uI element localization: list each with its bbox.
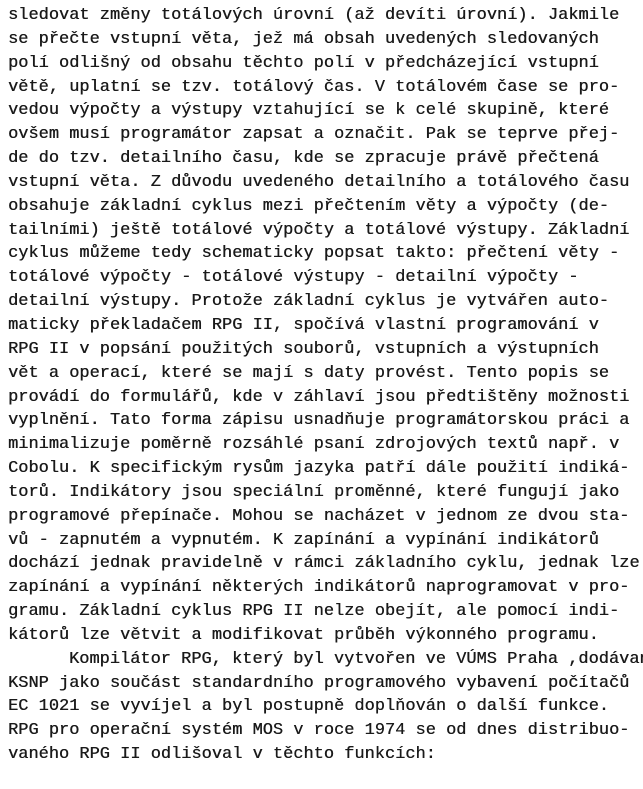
text-line: torů. Indikátory jsou speciální proměnné…: [8, 481, 638, 505]
text-line: programové přepínače. Mohou se nacházet …: [8, 505, 638, 529]
document-page: sledovat změny totálových úrovní (až dev…: [8, 4, 638, 767]
text-line: maticky překladačem RPG II, spočívá vlas…: [8, 314, 638, 338]
text-line: totálové výpočty - totálové výstupy - de…: [8, 266, 638, 290]
text-line: RPG II v popsání použitých souborů, vstu…: [8, 338, 638, 362]
text-line: zapínání a vypínání některých indikátorů…: [8, 576, 638, 600]
text-line: vů - zapnutém a vypnutém. K zapínání a v…: [8, 529, 638, 553]
text-line: sledovat změny totálových úrovní (až dev…: [8, 4, 638, 28]
text-line: vedou výpočty a výstupy vztahující se k …: [8, 99, 638, 123]
text-line: vyplnění. Tato forma zápisu usnadňuje pr…: [8, 409, 638, 433]
text-line: cyklus můžeme tedy schematicky popsat ta…: [8, 242, 638, 266]
paragraph-compiler: Kompilátor RPG, který byl vytvořen ve VÚ…: [8, 648, 638, 767]
text-line: provádí do formulářů, kde v záhlaví jsou…: [8, 386, 638, 410]
text-line: polí odlišný od obsahu těchto polí v pře…: [8, 52, 638, 76]
text-line: EC 1021 se vyvíjel a byl postupně doplňo…: [8, 695, 638, 719]
text-line: dochází jednak pravidelně v rámci základ…: [8, 552, 638, 576]
text-line: tailními) ještě totálové výpočty a totál…: [8, 219, 638, 243]
text-line: gramu. Základní cyklus RPG II nelze obej…: [8, 600, 638, 624]
text-line: vaného RPG II odlišoval v těchto funkcíc…: [8, 743, 638, 767]
text-line: vstupní věta. Z důvodu uvedeného detailn…: [8, 171, 638, 195]
text-line: kátorů lze větvit a modifikovat průběh v…: [8, 624, 638, 648]
text-line: ovšem musí programátor zapsat a označit.…: [8, 123, 638, 147]
paragraph-rpg-cycle: sledovat změny totálových úrovní (až dev…: [8, 4, 638, 648]
text-line: minimalizuje poměrně rozsáhlé psaní zdro…: [8, 433, 638, 457]
text-line: obsahuje základní cyklus mezi přečtením …: [8, 195, 638, 219]
text-line: RPG pro operační systém MOS v roce 1974 …: [8, 719, 638, 743]
text-line: vět a operací, které se mají s daty prov…: [8, 362, 638, 386]
text-line: Cobolu. K specifickým rysům jazyka patří…: [8, 457, 638, 481]
text-line: se přečte vstupní věta, jež má obsah uve…: [8, 28, 638, 52]
text-line: detailní výstupy. Protože základní cyklu…: [8, 290, 638, 314]
text-line: KSNP jako součást standardního programov…: [8, 672, 638, 696]
text-line: de do tzv. detailního času, kde se zprac…: [8, 147, 638, 171]
text-line: větě, uplatní se tzv. totálový čas. V to…: [8, 76, 638, 100]
text-line-indented: Kompilátor RPG, který byl vytvořen ve VÚ…: [8, 648, 638, 672]
